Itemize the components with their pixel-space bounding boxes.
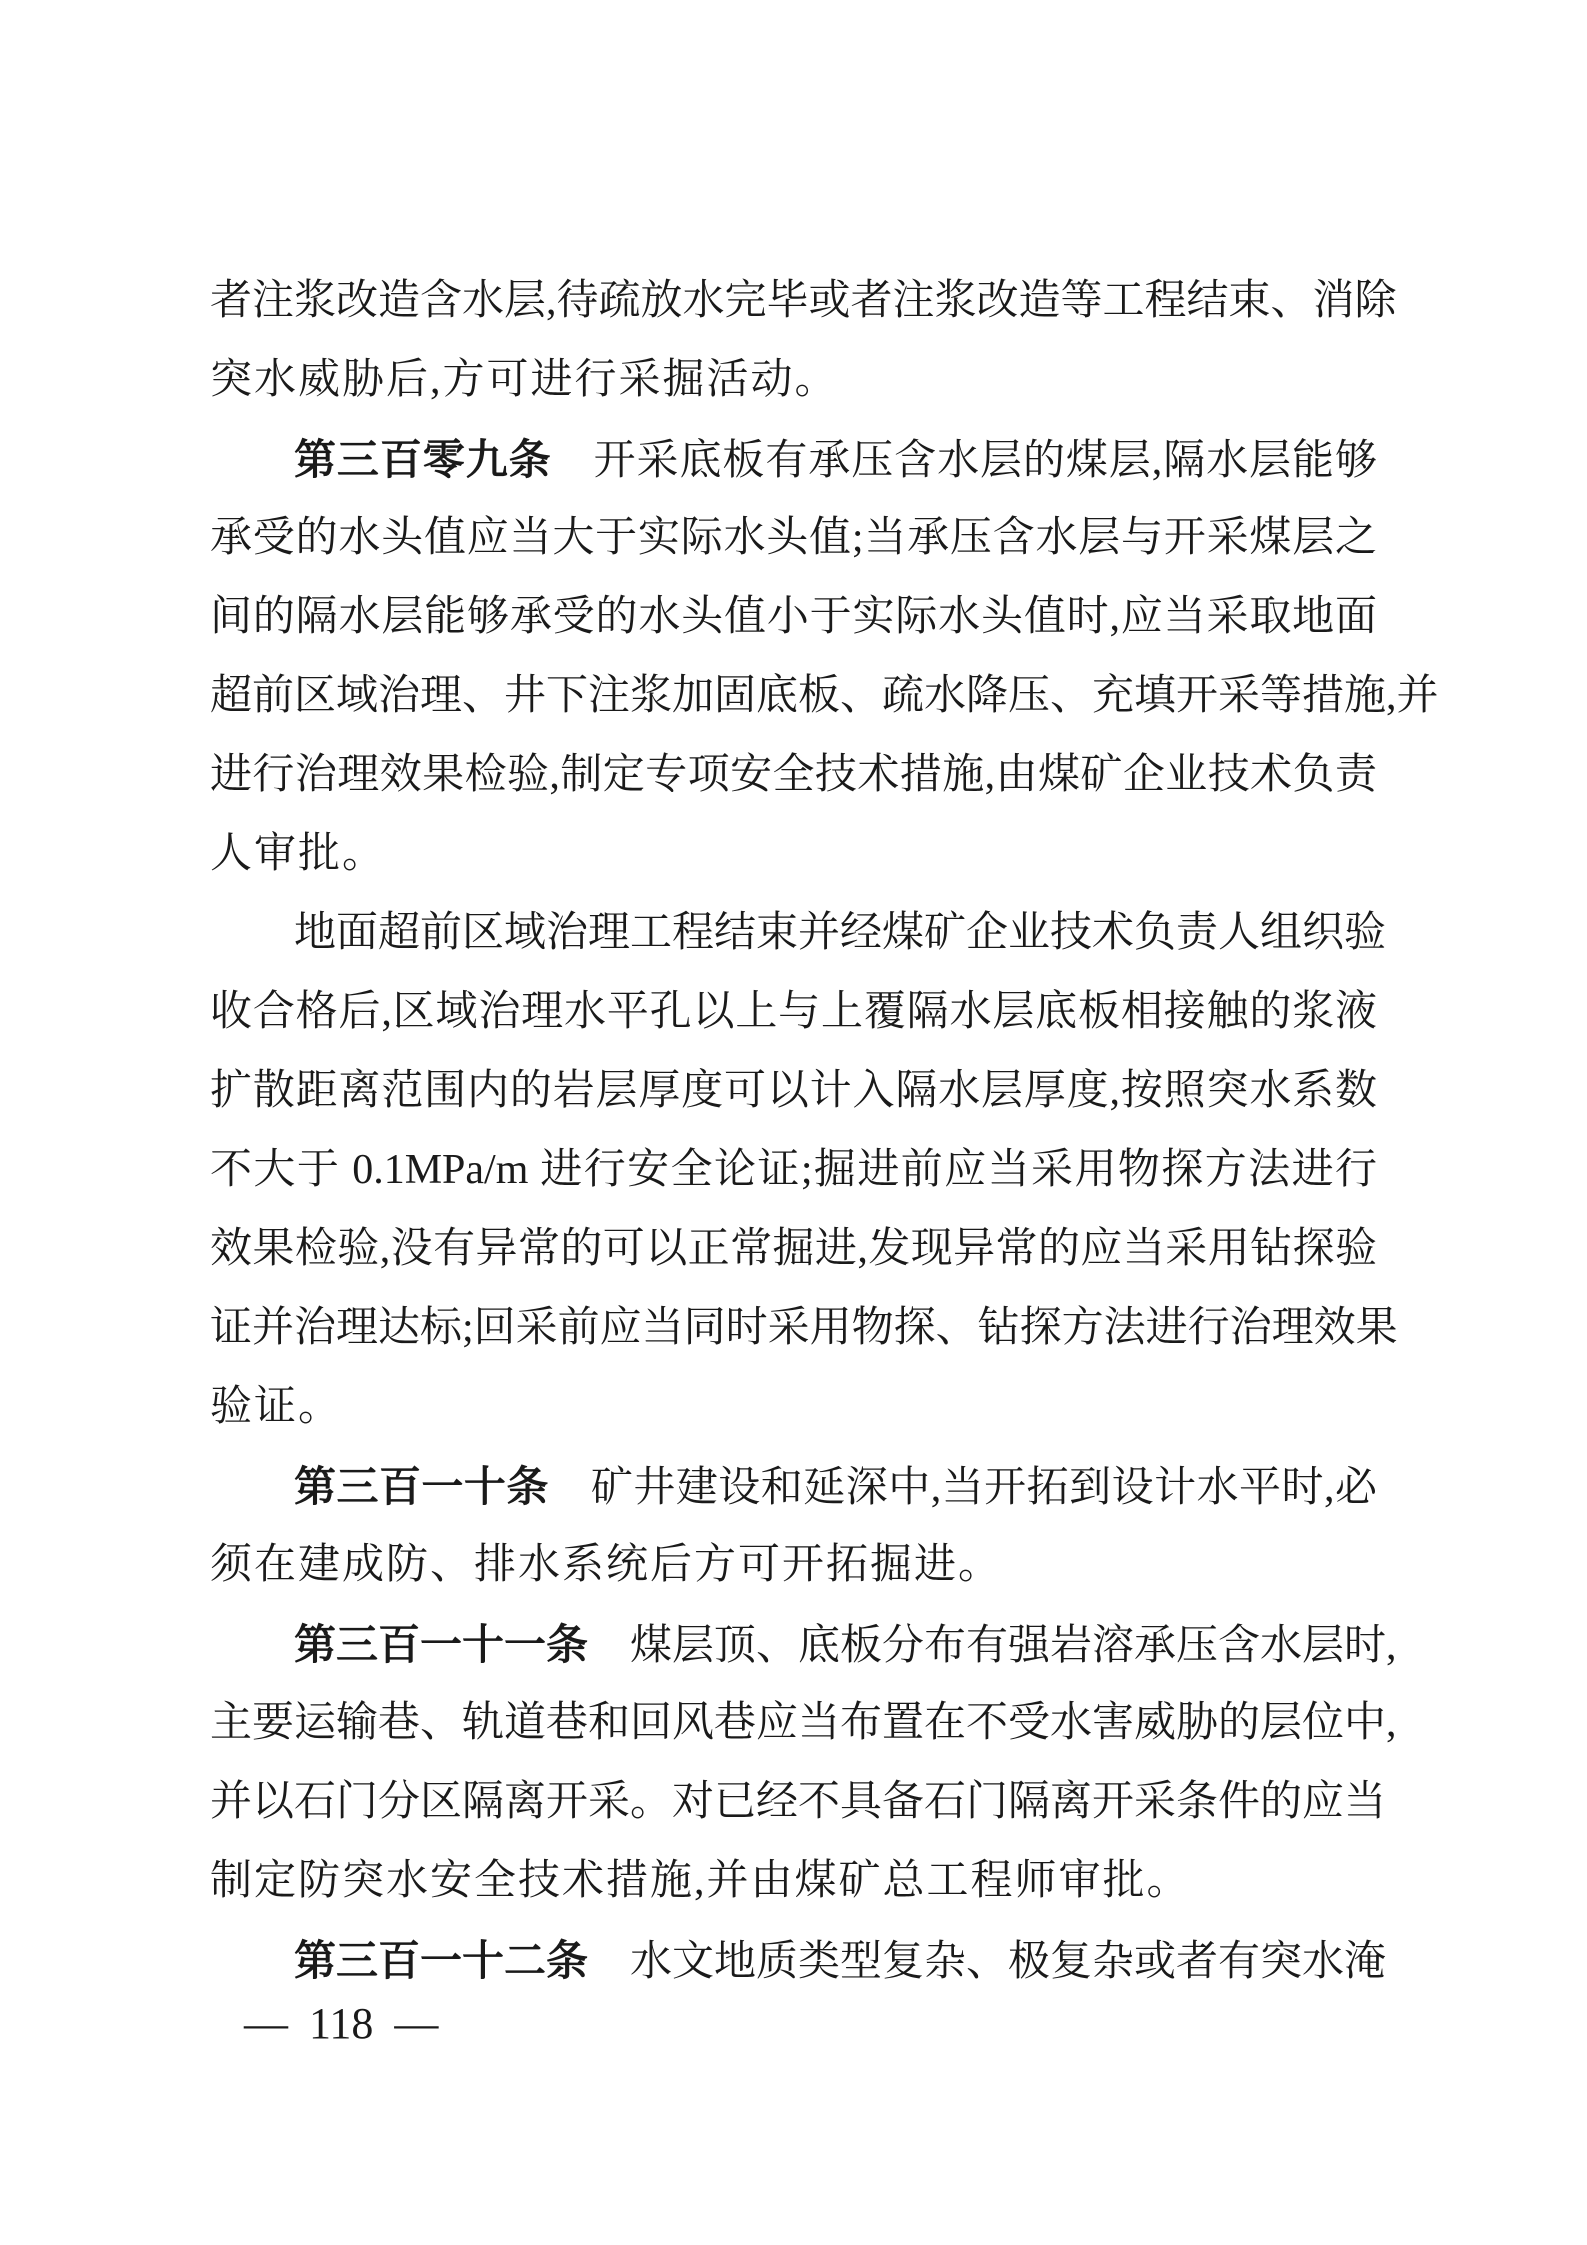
- article-text: 开采底板有承压含水层的煤层,隔水层能够: [594, 438, 1377, 484]
- text-line: 第三百一十条矿井建设和延深中,当开拓到设计水平时,必: [210, 1447, 1377, 1526]
- article-text: 矿井建设和延深中,当开拓到设计水平时,必: [591, 1465, 1377, 1511]
- article-text: 煤层顶、底板分布有强岩溶承压含水层时,: [630, 1623, 1397, 1669]
- text-line: 制定防突水安全技术措施,并由煤矿总工程师审批。: [210, 1842, 1377, 1921]
- text-line: 超前区域治理、井下注浆加固底板、疏水降压、充填开采等措施,并: [210, 657, 1377, 736]
- text-line: 承受的水头值应当大于实际水头值;当承压含水层与开采煤层之: [210, 499, 1377, 578]
- text-line: 证并治理达标;回采前应当同时采用物探、钻探方法进行治理效果: [210, 1289, 1377, 1368]
- text-line: 第三百一十二条水文地质类型复杂、极复杂或者有突水淹: [210, 1921, 1377, 2000]
- text-line: 不大于 0.1MPa/m 进行安全论证;掘进前应当采用物探方法进行: [210, 1131, 1377, 1210]
- text-line: 第三百零九条开采底板有承压含水层的煤层,隔水层能够: [210, 420, 1377, 499]
- page-footer: —118—: [244, 2000, 438, 2048]
- text-line: 验证。: [210, 1368, 1377, 1447]
- text-line: 地面超前区域治理工程结束并经煤矿企业技术负责人组织验: [210, 894, 1377, 973]
- document-page: 者注浆改造含水层,待疏放水完毕或者注浆改造等工程结束、消除 突水威胁后,方可进行…: [0, 0, 1587, 2245]
- article-number: 第三百零九条: [294, 436, 552, 483]
- text-line: 须在建成防、排水系统后方可开拓掘进。: [210, 1526, 1377, 1605]
- text-line: 间的隔水层能够承受的水头值小于实际水头值时,应当采取地面: [210, 578, 1377, 657]
- text-line: 进行治理效果检验,制定专项安全技术措施,由煤矿企业技术负责: [210, 736, 1377, 815]
- article-number: 第三百一十条: [294, 1463, 549, 1510]
- text-line: 突水威胁后,方可进行采掘活动。: [210, 341, 1377, 420]
- footer-dash-right: —: [394, 1999, 438, 2048]
- text-line: 效果检验,没有异常的可以正常掘进,发现异常的应当采用钻探验: [210, 1210, 1377, 1289]
- text-line: 扩散距离范围内的岩层厚度可以计入隔水层厚度,按照突水系数: [210, 1052, 1377, 1131]
- article-number: 第三百一十二条: [294, 1937, 588, 1984]
- page-number: 118: [309, 1999, 373, 2048]
- article-text: 水文地质类型复杂、极复杂或者有突水淹: [630, 1939, 1386, 1985]
- text-line: 收合格后,区域治理水平孔以上与上覆隔水层底板相接触的浆液: [210, 973, 1377, 1052]
- text-line: 第三百一十一条煤层顶、底板分布有强岩溶承压含水层时,: [210, 1605, 1377, 1684]
- text-line: 主要运输巷、轨道巷和回风巷应当布置在不受水害威胁的层位中,: [210, 1684, 1377, 1763]
- footer-dash-left: —: [244, 1999, 288, 2048]
- text-line: 人审批。: [210, 815, 1377, 894]
- text-line: 者注浆改造含水层,待疏放水完毕或者注浆改造等工程结束、消除: [210, 262, 1377, 341]
- text-block: 者注浆改造含水层,待疏放水完毕或者注浆改造等工程结束、消除 突水威胁后,方可进行…: [210, 262, 1377, 2000]
- article-number: 第三百一十一条: [294, 1621, 588, 1668]
- text-line: 并以石门分区隔离开采。对已经不具备石门隔离开采条件的应当: [210, 1763, 1377, 1842]
